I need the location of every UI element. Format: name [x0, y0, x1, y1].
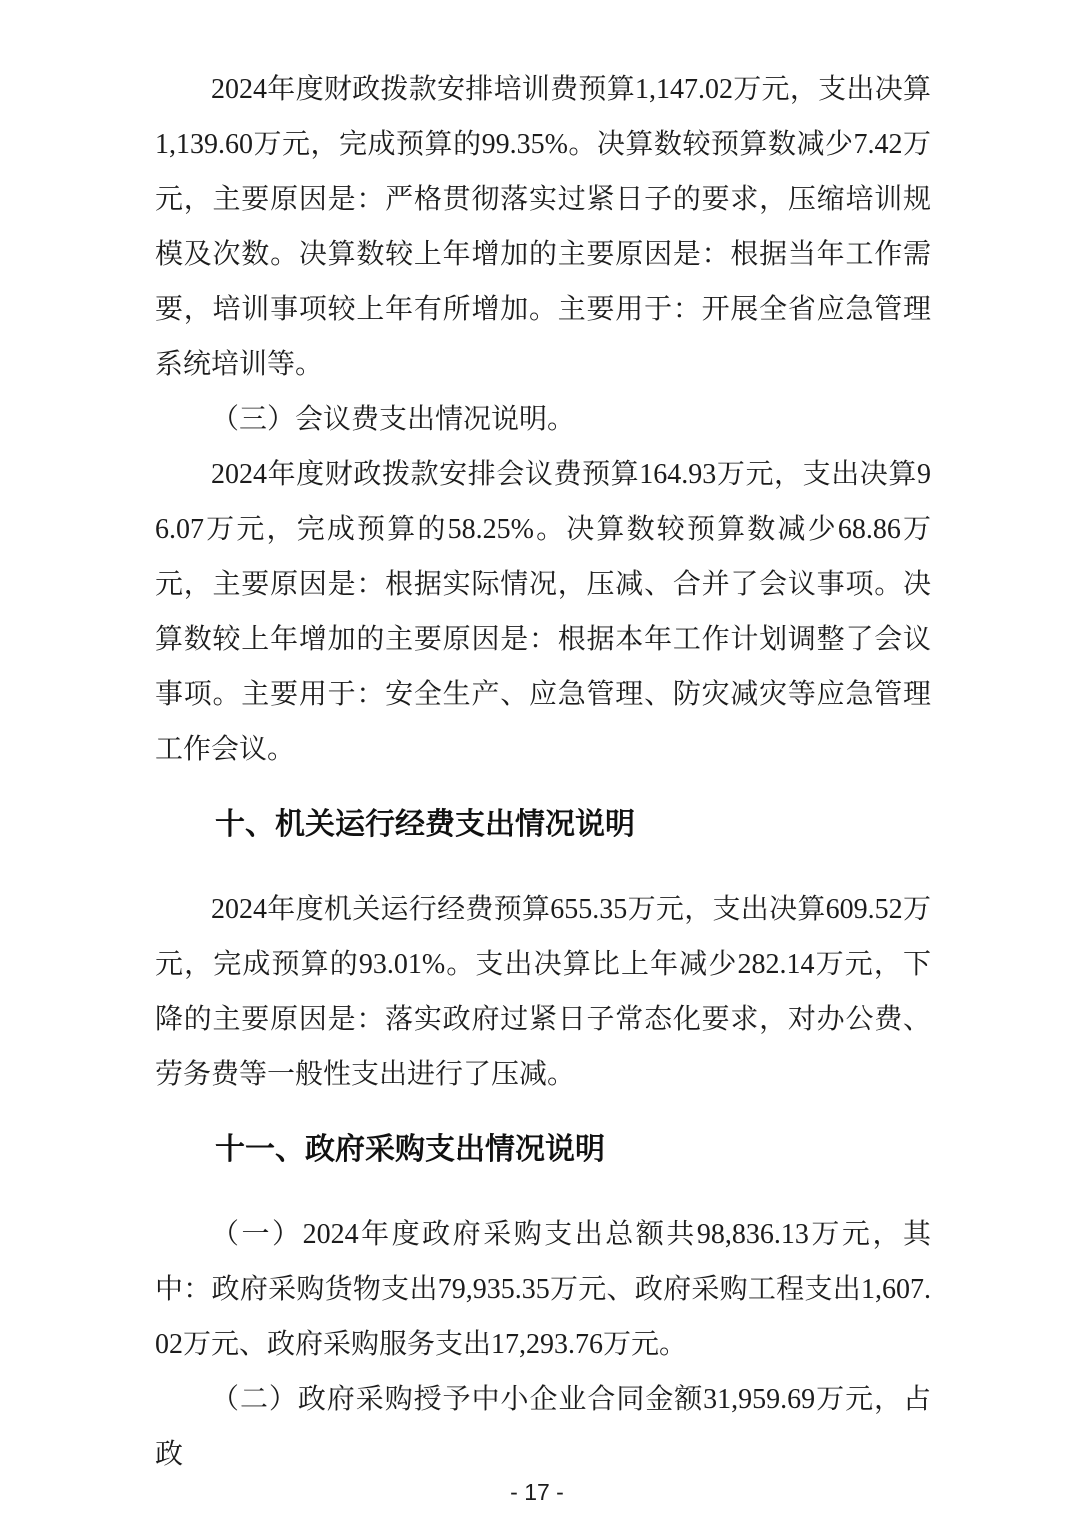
document-body: 2024年度财政拨款安排培训费预算1,147.02万元，支出决算1,139.60… — [155, 62, 931, 1482]
paragraph-operating-costs: 2024年度机关运行经费预算655.35万元，支出决算609.52万元，完成预算… — [155, 882, 931, 1102]
paragraph-training-fee: 2024年度财政拨款安排培训费预算1,147.02万元，支出决算1,139.60… — [155, 62, 931, 392]
paragraph-procurement-sme: （二）政府采购授予中小企业合同金额31,959.69万元，占政 — [155, 1372, 931, 1482]
paragraph-procurement-total: （一）2024年度政府采购支出总额共98,836.13万元，其中：政府采购货物支… — [155, 1207, 931, 1372]
section-heading-operating-costs: 十、机关运行经费支出情况说明 — [155, 797, 931, 852]
document-page: 2024年度财政拨款安排培训费预算1,147.02万元，支出决算1,139.60… — [0, 0, 1074, 1520]
page-number: - 17 - — [0, 1478, 1074, 1506]
subheading-meeting-fee: （三）会议费支出情况说明。 — [155, 392, 931, 447]
paragraph-meeting-fee: 2024年度财政拨款安排会议费预算164.93万元，支出决算96.07万元，完成… — [155, 447, 931, 777]
section-heading-procurement: 十一、政府采购支出情况说明 — [155, 1122, 931, 1177]
